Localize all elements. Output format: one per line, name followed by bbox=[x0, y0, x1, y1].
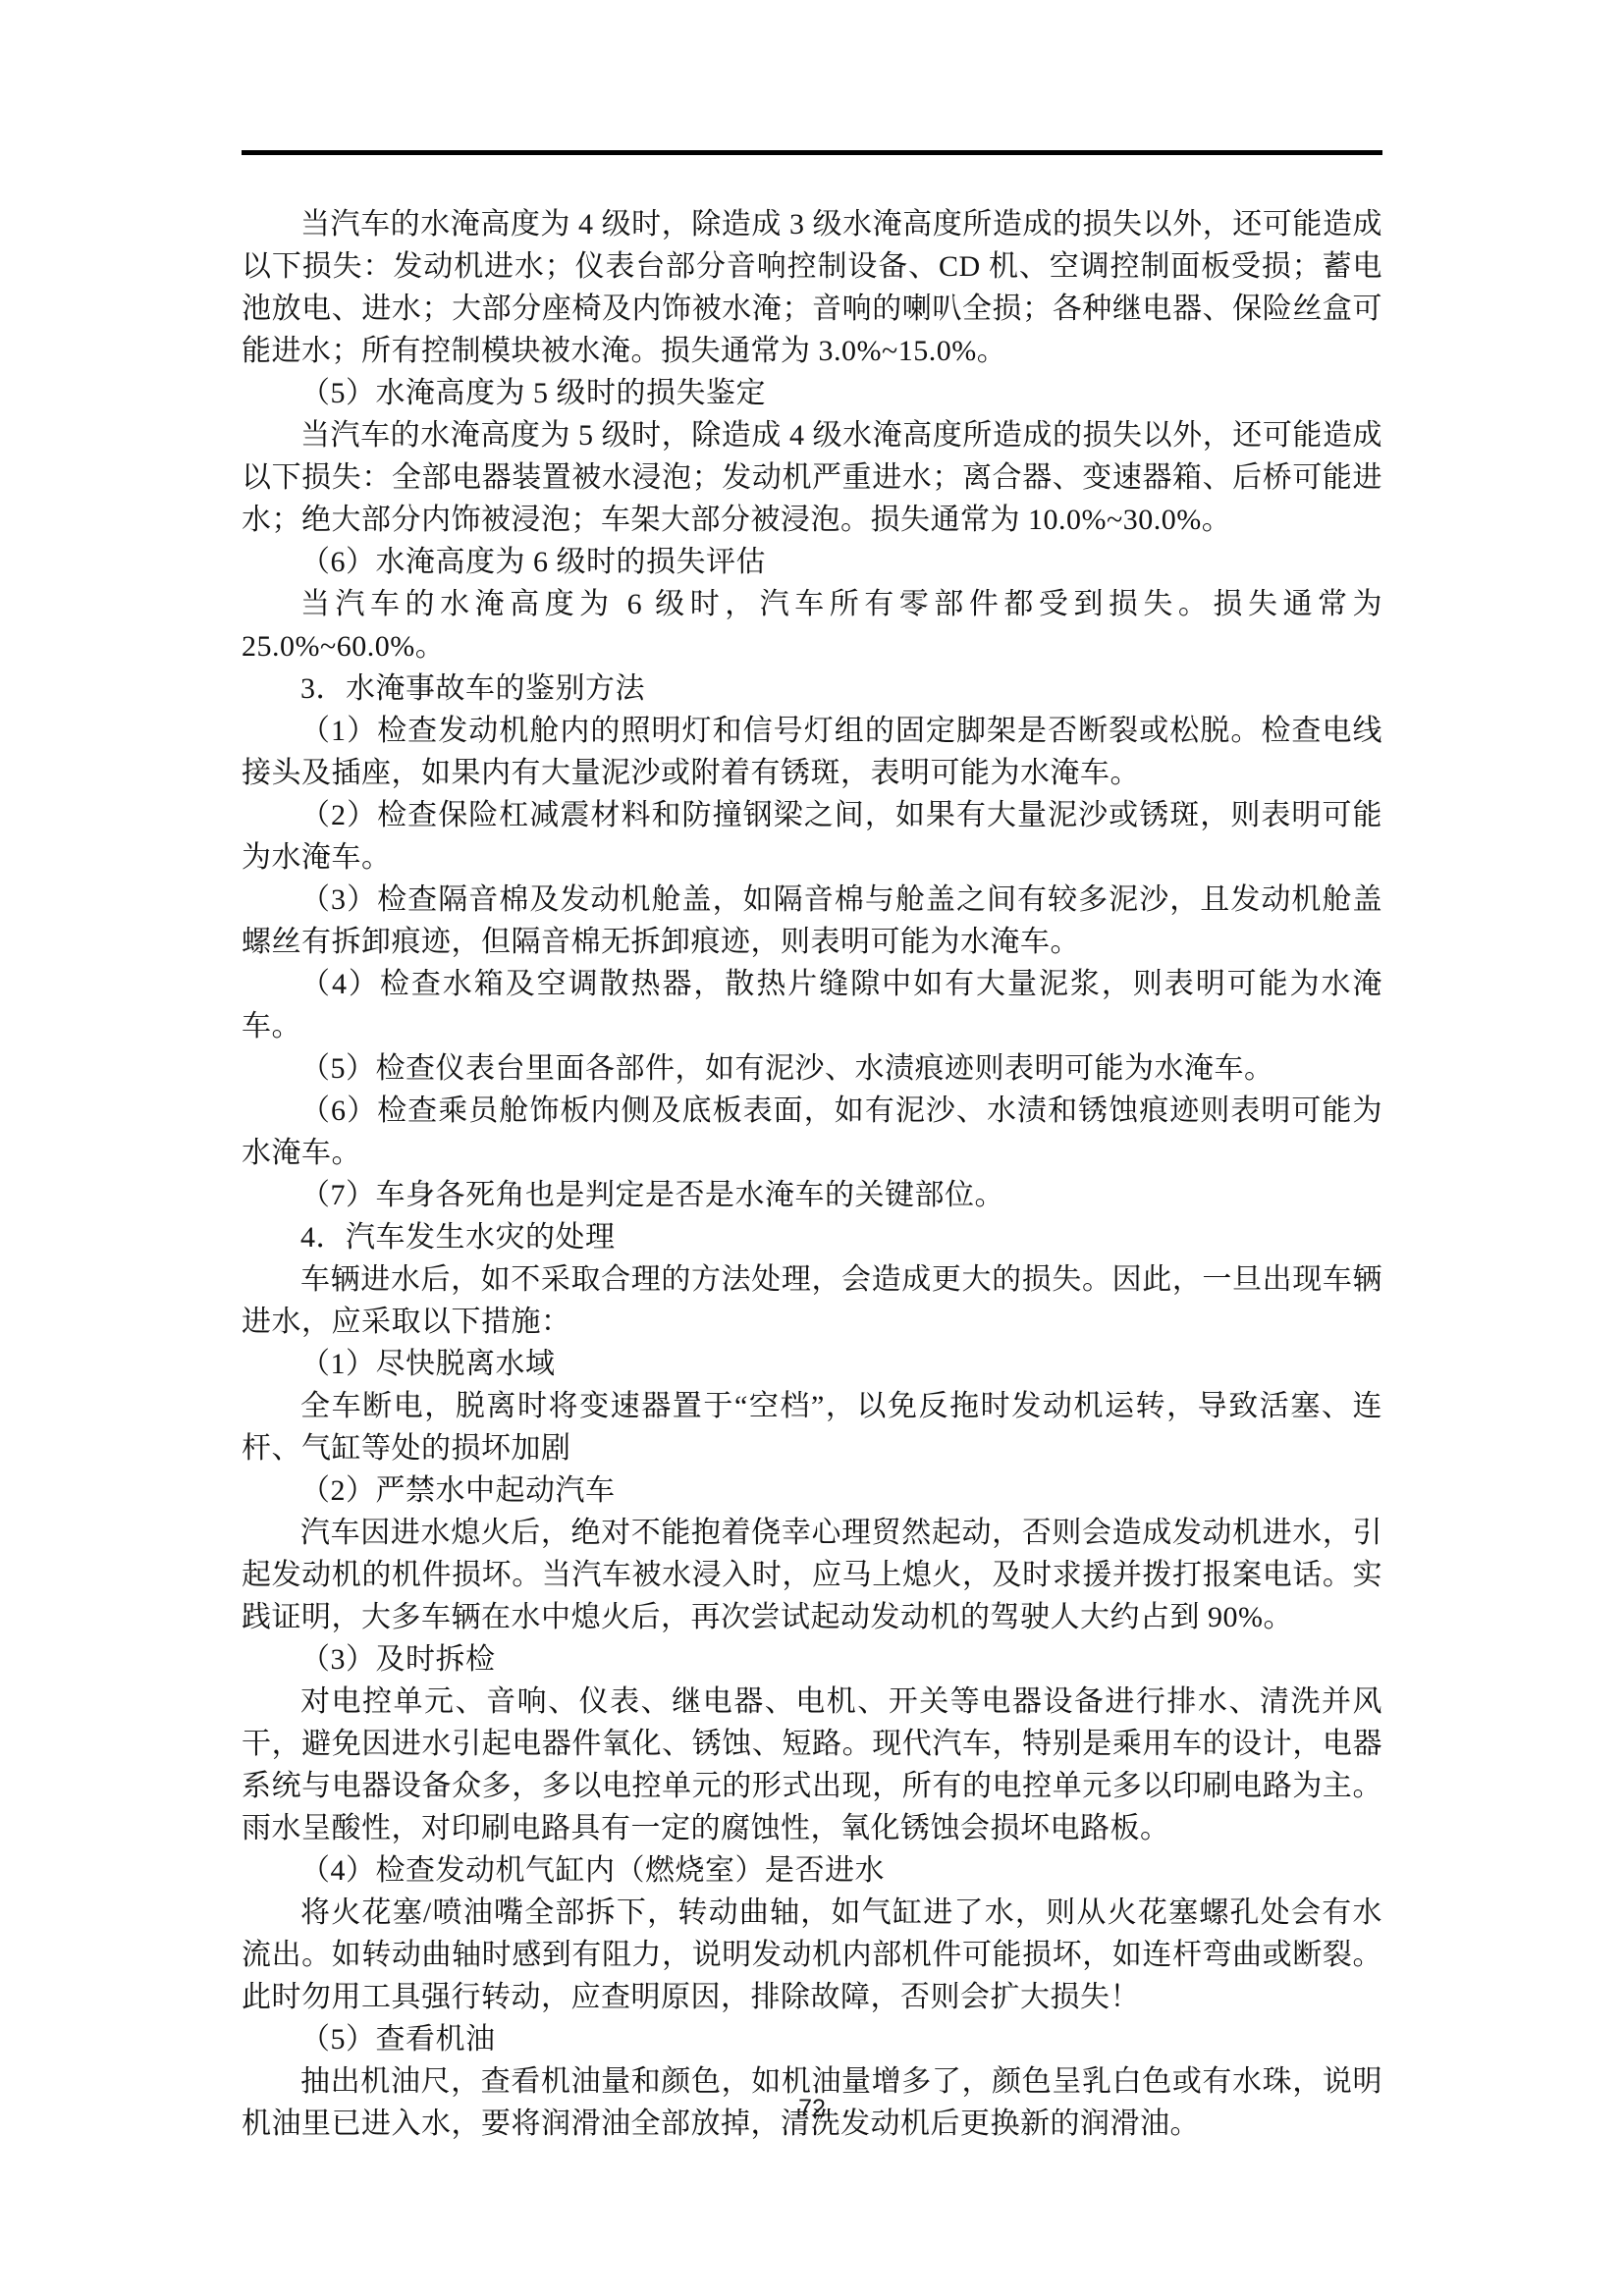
paragraph: （6）检查乘员舱饰板内侧及底板表面，如有泥沙、水渍和锈蚀痕迹则表明可能为水淹车。 bbox=[242, 1090, 1382, 1174]
body-text-block: 当汽车的水淹高度为 4 级时，除造成 3 级水淹高度所造成的损失以外，还可能造成… bbox=[242, 203, 1382, 2145]
paragraph: （1）检查发动机舱内的照明灯和信号灯组的固定脚架是否断裂或松脱。检查电线接头及插… bbox=[242, 710, 1382, 794]
document-page: 当汽车的水淹高度为 4 级时，除造成 3 级水淹高度所造成的损失以外，还可能造成… bbox=[0, 0, 1624, 2296]
paragraph: （5）查看机油 bbox=[242, 2018, 1382, 2060]
paragraph: 车辆进水后，如不采取合理的方法处理，会造成更大的损失。因此，一旦出现车辆进水，应… bbox=[242, 1258, 1382, 1343]
paragraph: （5）水淹高度为 5 级时的损失鉴定 bbox=[242, 372, 1382, 414]
paragraph: （2）检查保险杠减震材料和防撞钢梁之间，如果有大量泥沙或锈斑，则表明可能为水淹车… bbox=[242, 794, 1382, 879]
paragraph: （1）尽快脱离水域 bbox=[242, 1343, 1382, 1385]
paragraph: 当汽车的水淹高度为 6 级时，汽车所有零部件都受到损失。损失通常为 25.0%~… bbox=[242, 583, 1382, 667]
paragraph: 汽车因进水熄火后，绝对不能抱着侥幸心理贸然起动，否则会造成发动机进水，引起发动机… bbox=[242, 1512, 1382, 1638]
paragraph: （2）严禁水中起动汽车 bbox=[242, 1469, 1382, 1512]
page-number: 72 bbox=[0, 2095, 1624, 2123]
header-rule bbox=[242, 150, 1382, 155]
paragraph: （3）及时拆检 bbox=[242, 1638, 1382, 1681]
paragraph: （5）检查仪表台里面各部件，如有泥沙、水渍痕迹则表明可能为水淹车。 bbox=[242, 1047, 1382, 1090]
paragraph: 将火花塞/喷油嘴全部拆下，转动曲轴，如气缸进了水，则从火花塞螺孔处会有水流出。如… bbox=[242, 1892, 1382, 2018]
paragraph: （4）检查发动机气缸内（燃烧室）是否进水 bbox=[242, 1849, 1382, 1892]
paragraph: （6）水淹高度为 6 级时的损失评估 bbox=[242, 541, 1382, 583]
section-heading: 3．水淹事故车的鉴别方法 bbox=[242, 667, 1382, 710]
paragraph: 对电控单元、音响、仪表、继电器、电机、开关等电器设备进行排水、清洗并风干，避免因… bbox=[242, 1681, 1382, 1849]
paragraph: 当汽车的水淹高度为 5 级时，除造成 4 级水淹高度所造成的损失以外，还可能造成… bbox=[242, 414, 1382, 541]
section-heading: 4．汽车发生水灾的处理 bbox=[242, 1216, 1382, 1258]
paragraph: （7）车身各死角也是判定是否是水淹车的关键部位。 bbox=[242, 1174, 1382, 1216]
paragraph: 全车断电，脱离时将变速器置于“空档”，以免反拖时发动机运转，导致活塞、连杆、气缸… bbox=[242, 1385, 1382, 1469]
paragraph: 当汽车的水淹高度为 4 级时，除造成 3 级水淹高度所造成的损失以外，还可能造成… bbox=[242, 203, 1382, 372]
paragraph: （4）检查水箱及空调散热器，散热片缝隙中如有大量泥浆，则表明可能为水淹车。 bbox=[242, 963, 1382, 1047]
paragraph: （3）检查隔音棉及发动机舱盖，如隔音棉与舱盖之间有较多泥沙，且发动机舱盖螺丝有拆… bbox=[242, 879, 1382, 963]
